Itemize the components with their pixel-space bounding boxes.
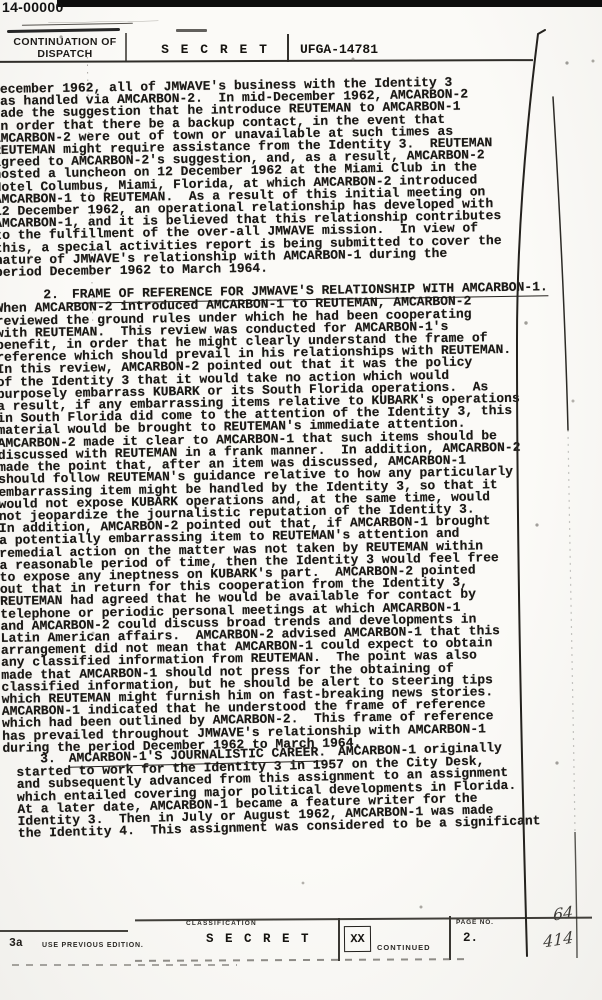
header-dash-mark bbox=[176, 29, 207, 32]
footer-cell-divider-2 bbox=[449, 916, 451, 960]
footer-left-dashes bbox=[12, 964, 237, 966]
footer-cell-divider-1 bbox=[338, 918, 340, 961]
paragraph-2: When AMCARBON-2 introduced AMCARBON-1 to… bbox=[0, 295, 567, 755]
header-cell-divider-1 bbox=[125, 33, 127, 62]
page-no-label: PAGE NO. bbox=[456, 919, 494, 927]
scanned-dispatch-page: 14-00000 CONTINUATION OF DISPATCH S E C … bbox=[0, 0, 602, 1000]
record-number: 14-00000 bbox=[2, 0, 64, 15]
scan-top-black-bar bbox=[57, 0, 602, 7]
classification-label: CLASSIFICATION bbox=[186, 920, 257, 928]
header-rule-smudge bbox=[7, 28, 120, 33]
continuation-label-line2: DISPATCH bbox=[6, 48, 124, 60]
continued-checkbox-mark: XX bbox=[350, 933, 365, 945]
paragraph-1: December 1962, all of JMWAVE's business … bbox=[0, 75, 560, 279]
header-cell-divider-2 bbox=[287, 34, 289, 62]
paragraph-3: started to work for the Identity 3 in 19… bbox=[16, 754, 578, 841]
page-number: 2. bbox=[463, 931, 478, 945]
continued-label: CONTINUED bbox=[377, 943, 431, 952]
body-text-block: December 1962, all of JMWAVE's business … bbox=[0, 75, 567, 755]
scan-noise-specks bbox=[0, 0, 2, 2]
use-previous-edition-label: USE PREVIOUS EDITION. bbox=[42, 941, 144, 950]
handwritten-note-bottom: 414 bbox=[543, 930, 573, 951]
form-number: 3a bbox=[9, 937, 23, 950]
footer-classification: S E C R E T bbox=[206, 932, 311, 947]
continuation-label-line1: CONTINUATION OF bbox=[6, 36, 124, 48]
header-classification: S E C R E T bbox=[150, 42, 280, 57]
footer-left-rule bbox=[0, 930, 128, 932]
paragraph-3-block: 3.AMCARBON-1'S JOURNALISTIC CAREER.AMCAR… bbox=[16, 740, 578, 840]
footer-bottom-rule bbox=[135, 958, 467, 961]
continued-checkbox: XX bbox=[344, 926, 371, 952]
page-edge-line-secondary-bottom bbox=[575, 832, 577, 958]
continuation-of-dispatch-label: CONTINUATION OF DISPATCH bbox=[6, 36, 124, 60]
handwritten-note-top: 64 bbox=[553, 904, 573, 923]
dispatch-number: UFGA-14781 bbox=[300, 42, 378, 57]
